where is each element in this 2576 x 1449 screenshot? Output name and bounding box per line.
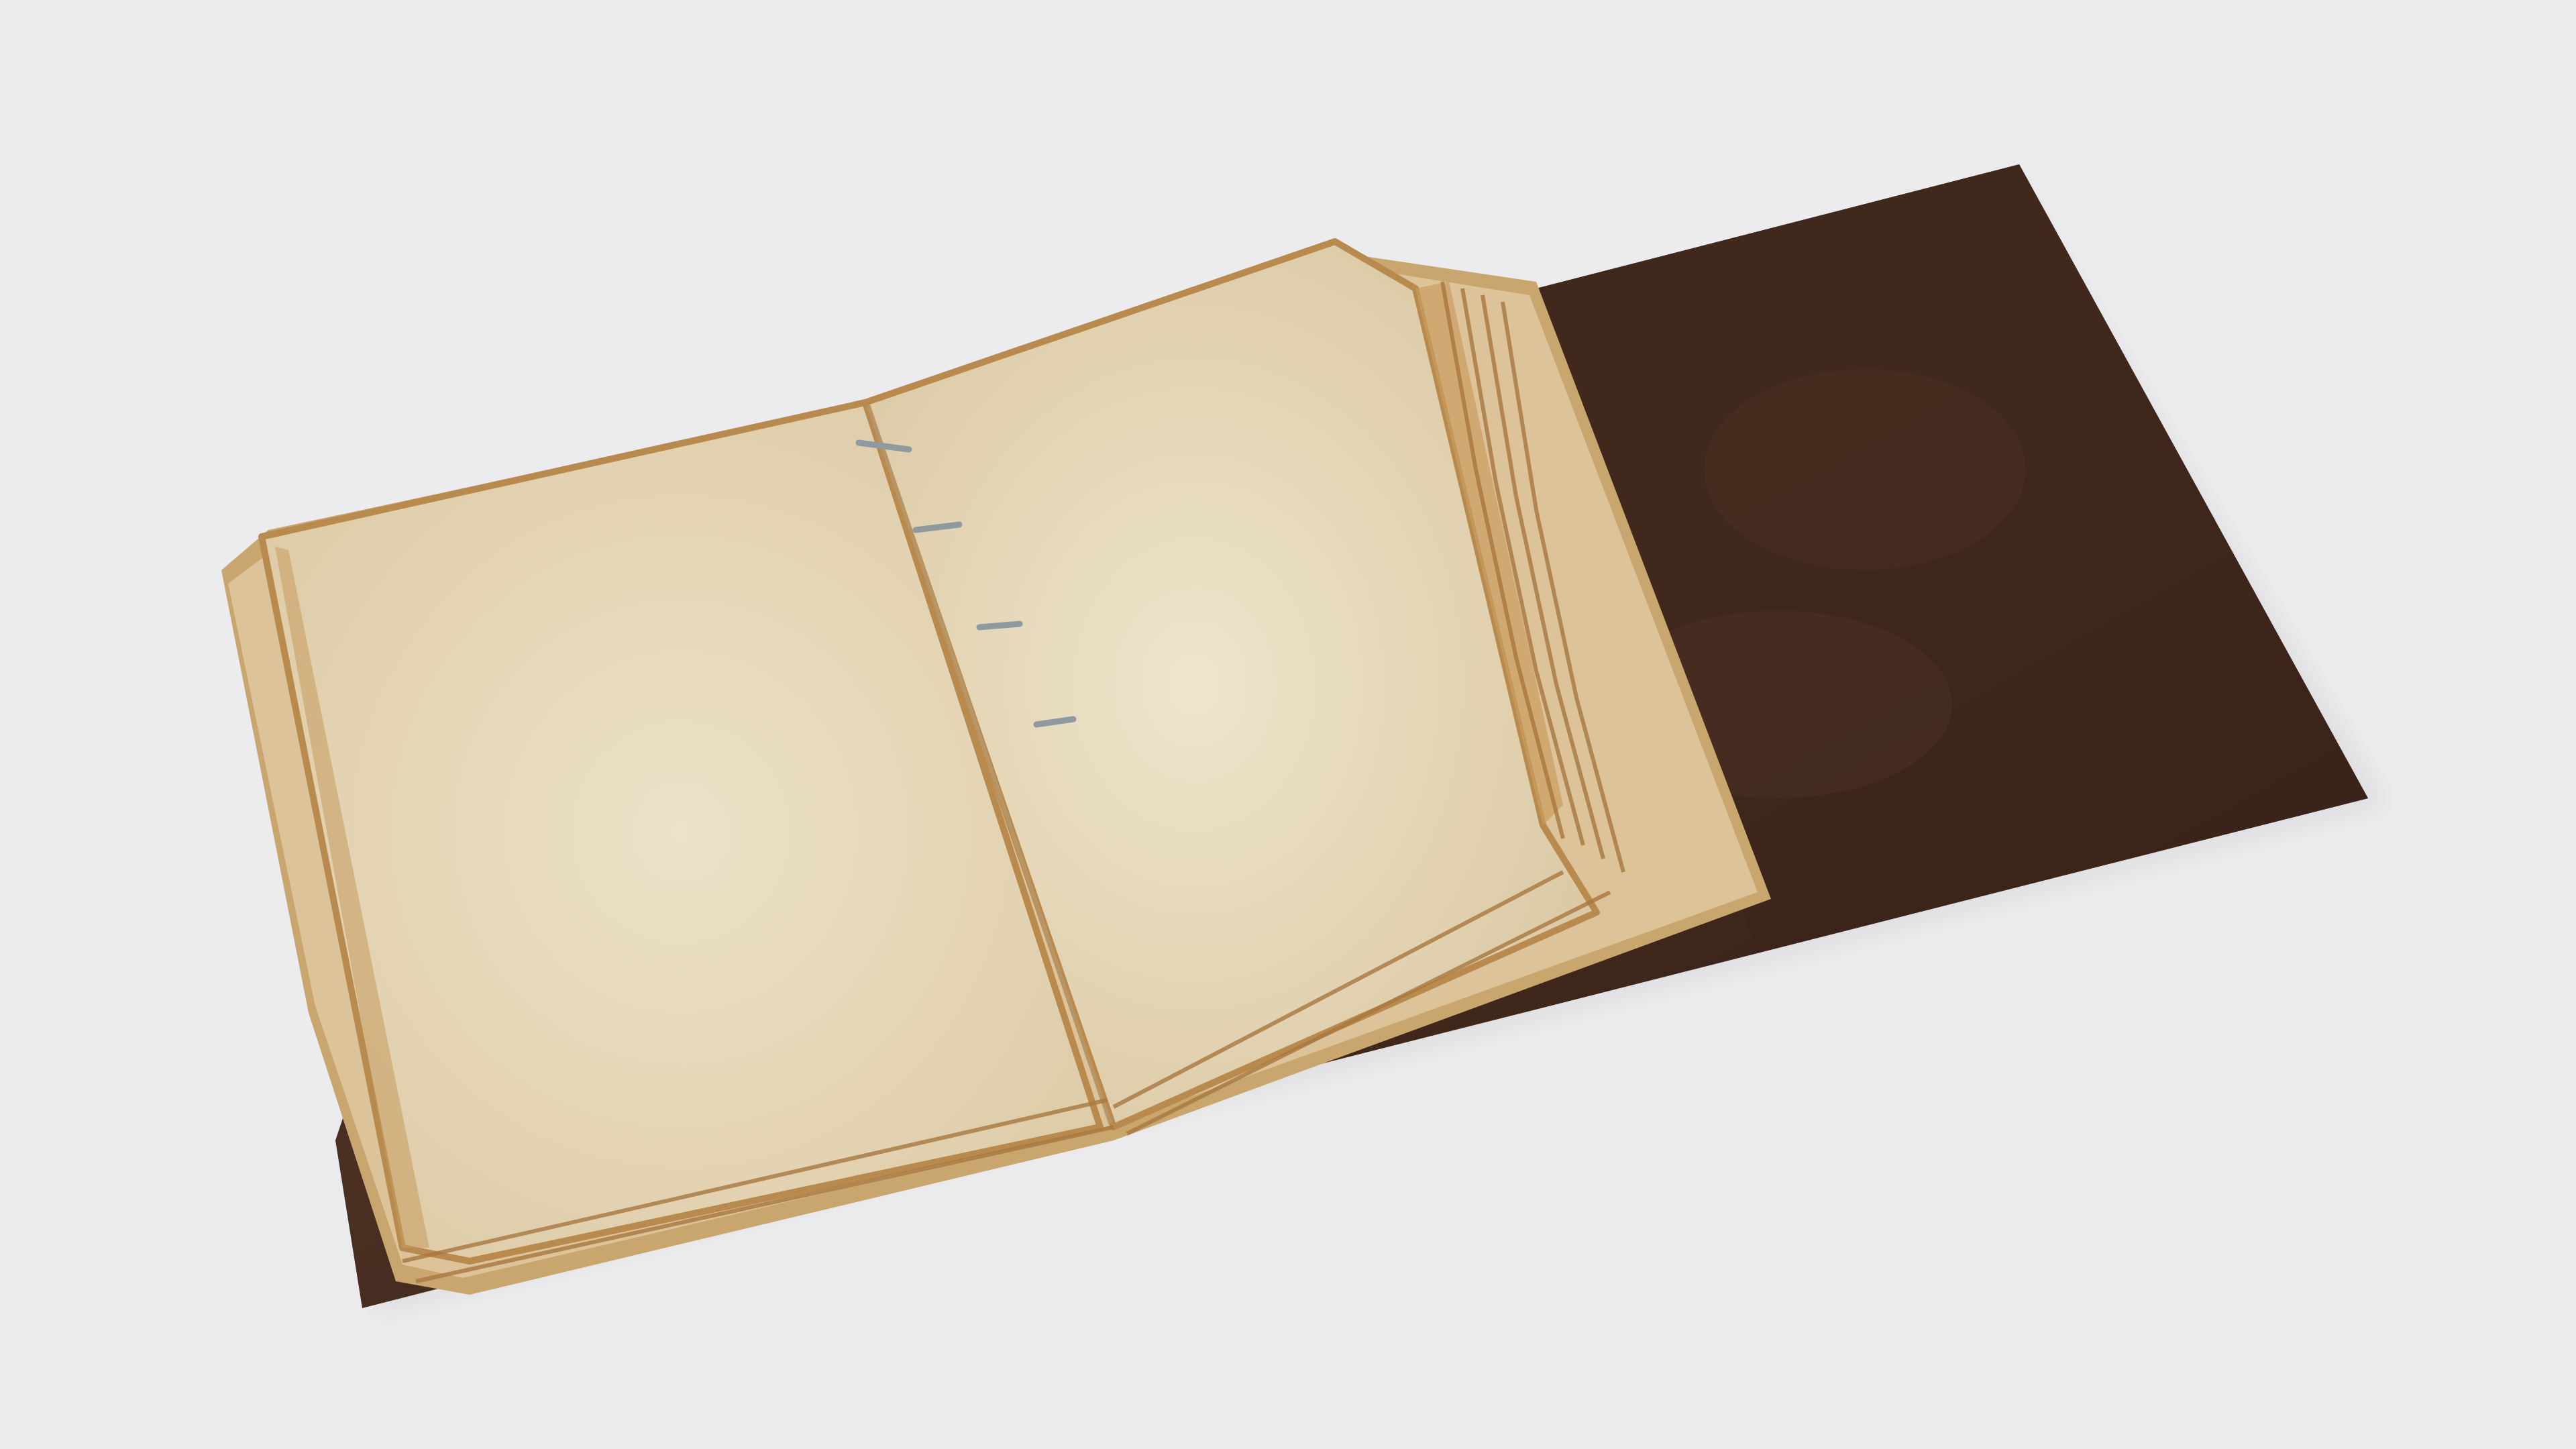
book-photo: [0, 0, 2576, 1449]
